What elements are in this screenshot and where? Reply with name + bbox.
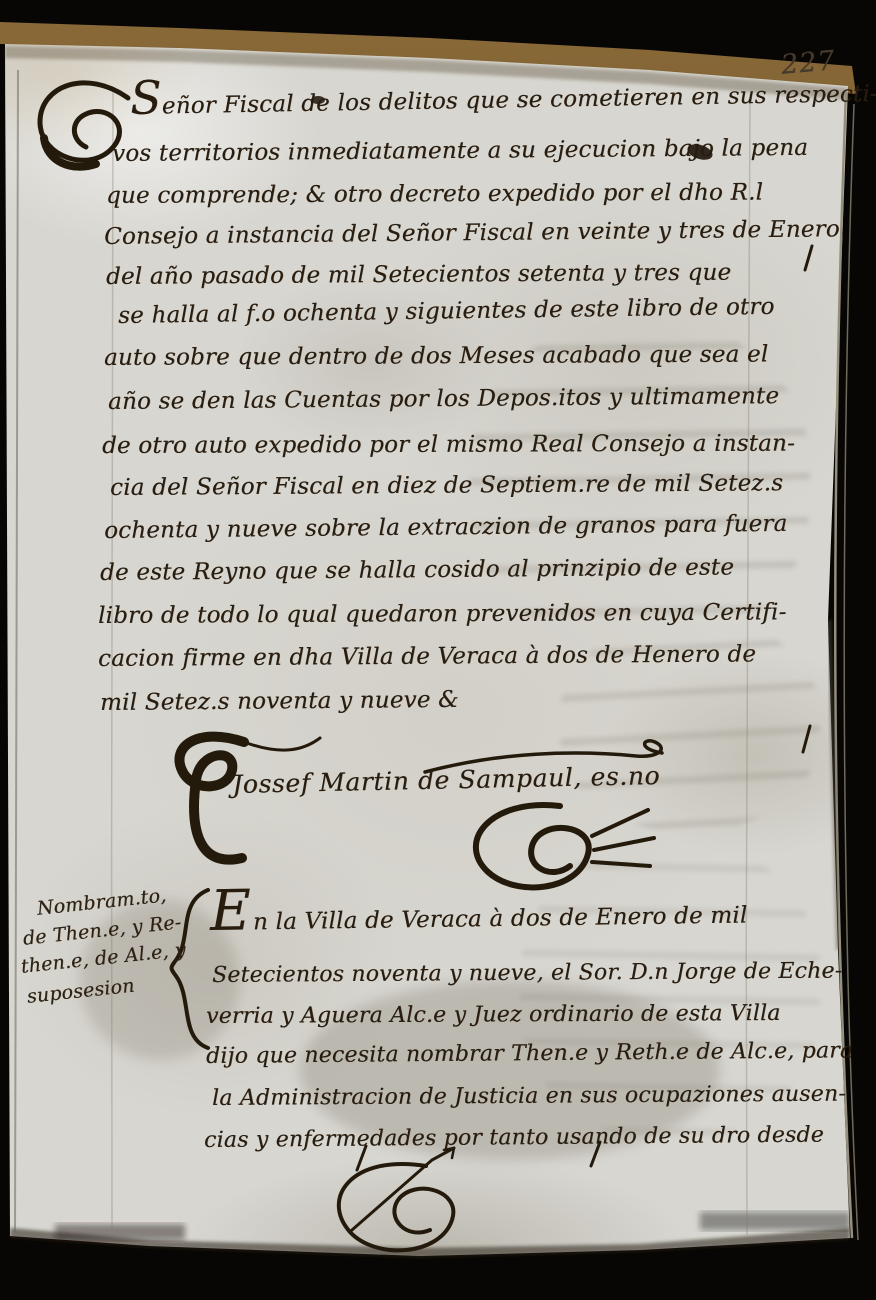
fore-edge-line — [844, 104, 858, 1240]
manuscript-line: año se den las Cuentas por los Depos.ito… — [108, 385, 779, 414]
manuscript-line: cacion firme en dha Villa de Veraca à do… — [98, 643, 756, 671]
page-number: 227 — [780, 47, 837, 79]
manuscript-line: vos territorios inmediatamente a su ejec… — [112, 137, 808, 166]
manuscript-photo: 227 Señor Fiscal de los delitos que se c… — [0, 0, 876, 1300]
manuscript-line: cia del Señor Fiscal en diez de Septiem.… — [110, 472, 783, 500]
manuscript-line: libro de todo lo qual quedaron prevenido… — [98, 601, 787, 628]
manuscript-line: de este Reyno que se halla cosido al pri… — [100, 556, 734, 585]
manuscript-line: de otro auto expedido por el mismo Real … — [102, 433, 795, 458]
manuscript-line: la Administracion de Justicia en sus ocu… — [212, 1084, 846, 1110]
manuscript-line: que comprende; & otro decreto expedido p… — [106, 182, 763, 208]
manuscript-line: auto sobre que dentro de dos Meses acaba… — [104, 344, 768, 370]
manuscript-line: verria y Aguera Alc.e y Juez ordinario d… — [206, 1003, 781, 1028]
manuscript-line: cias y enfermedades por tanto usando de … — [204, 1125, 824, 1152]
manuscript-line: dijo que necesita nombrar Then.e y Reth.… — [206, 1040, 853, 1068]
manuscript-line: del año pasado de mil Setecientos setent… — [106, 262, 731, 289]
manuscript-line: Setecientos noventa y nueve, el Sor. D.n… — [212, 961, 842, 987]
manuscript-line: mil Setez.s noventa y nueve & — [100, 689, 459, 715]
